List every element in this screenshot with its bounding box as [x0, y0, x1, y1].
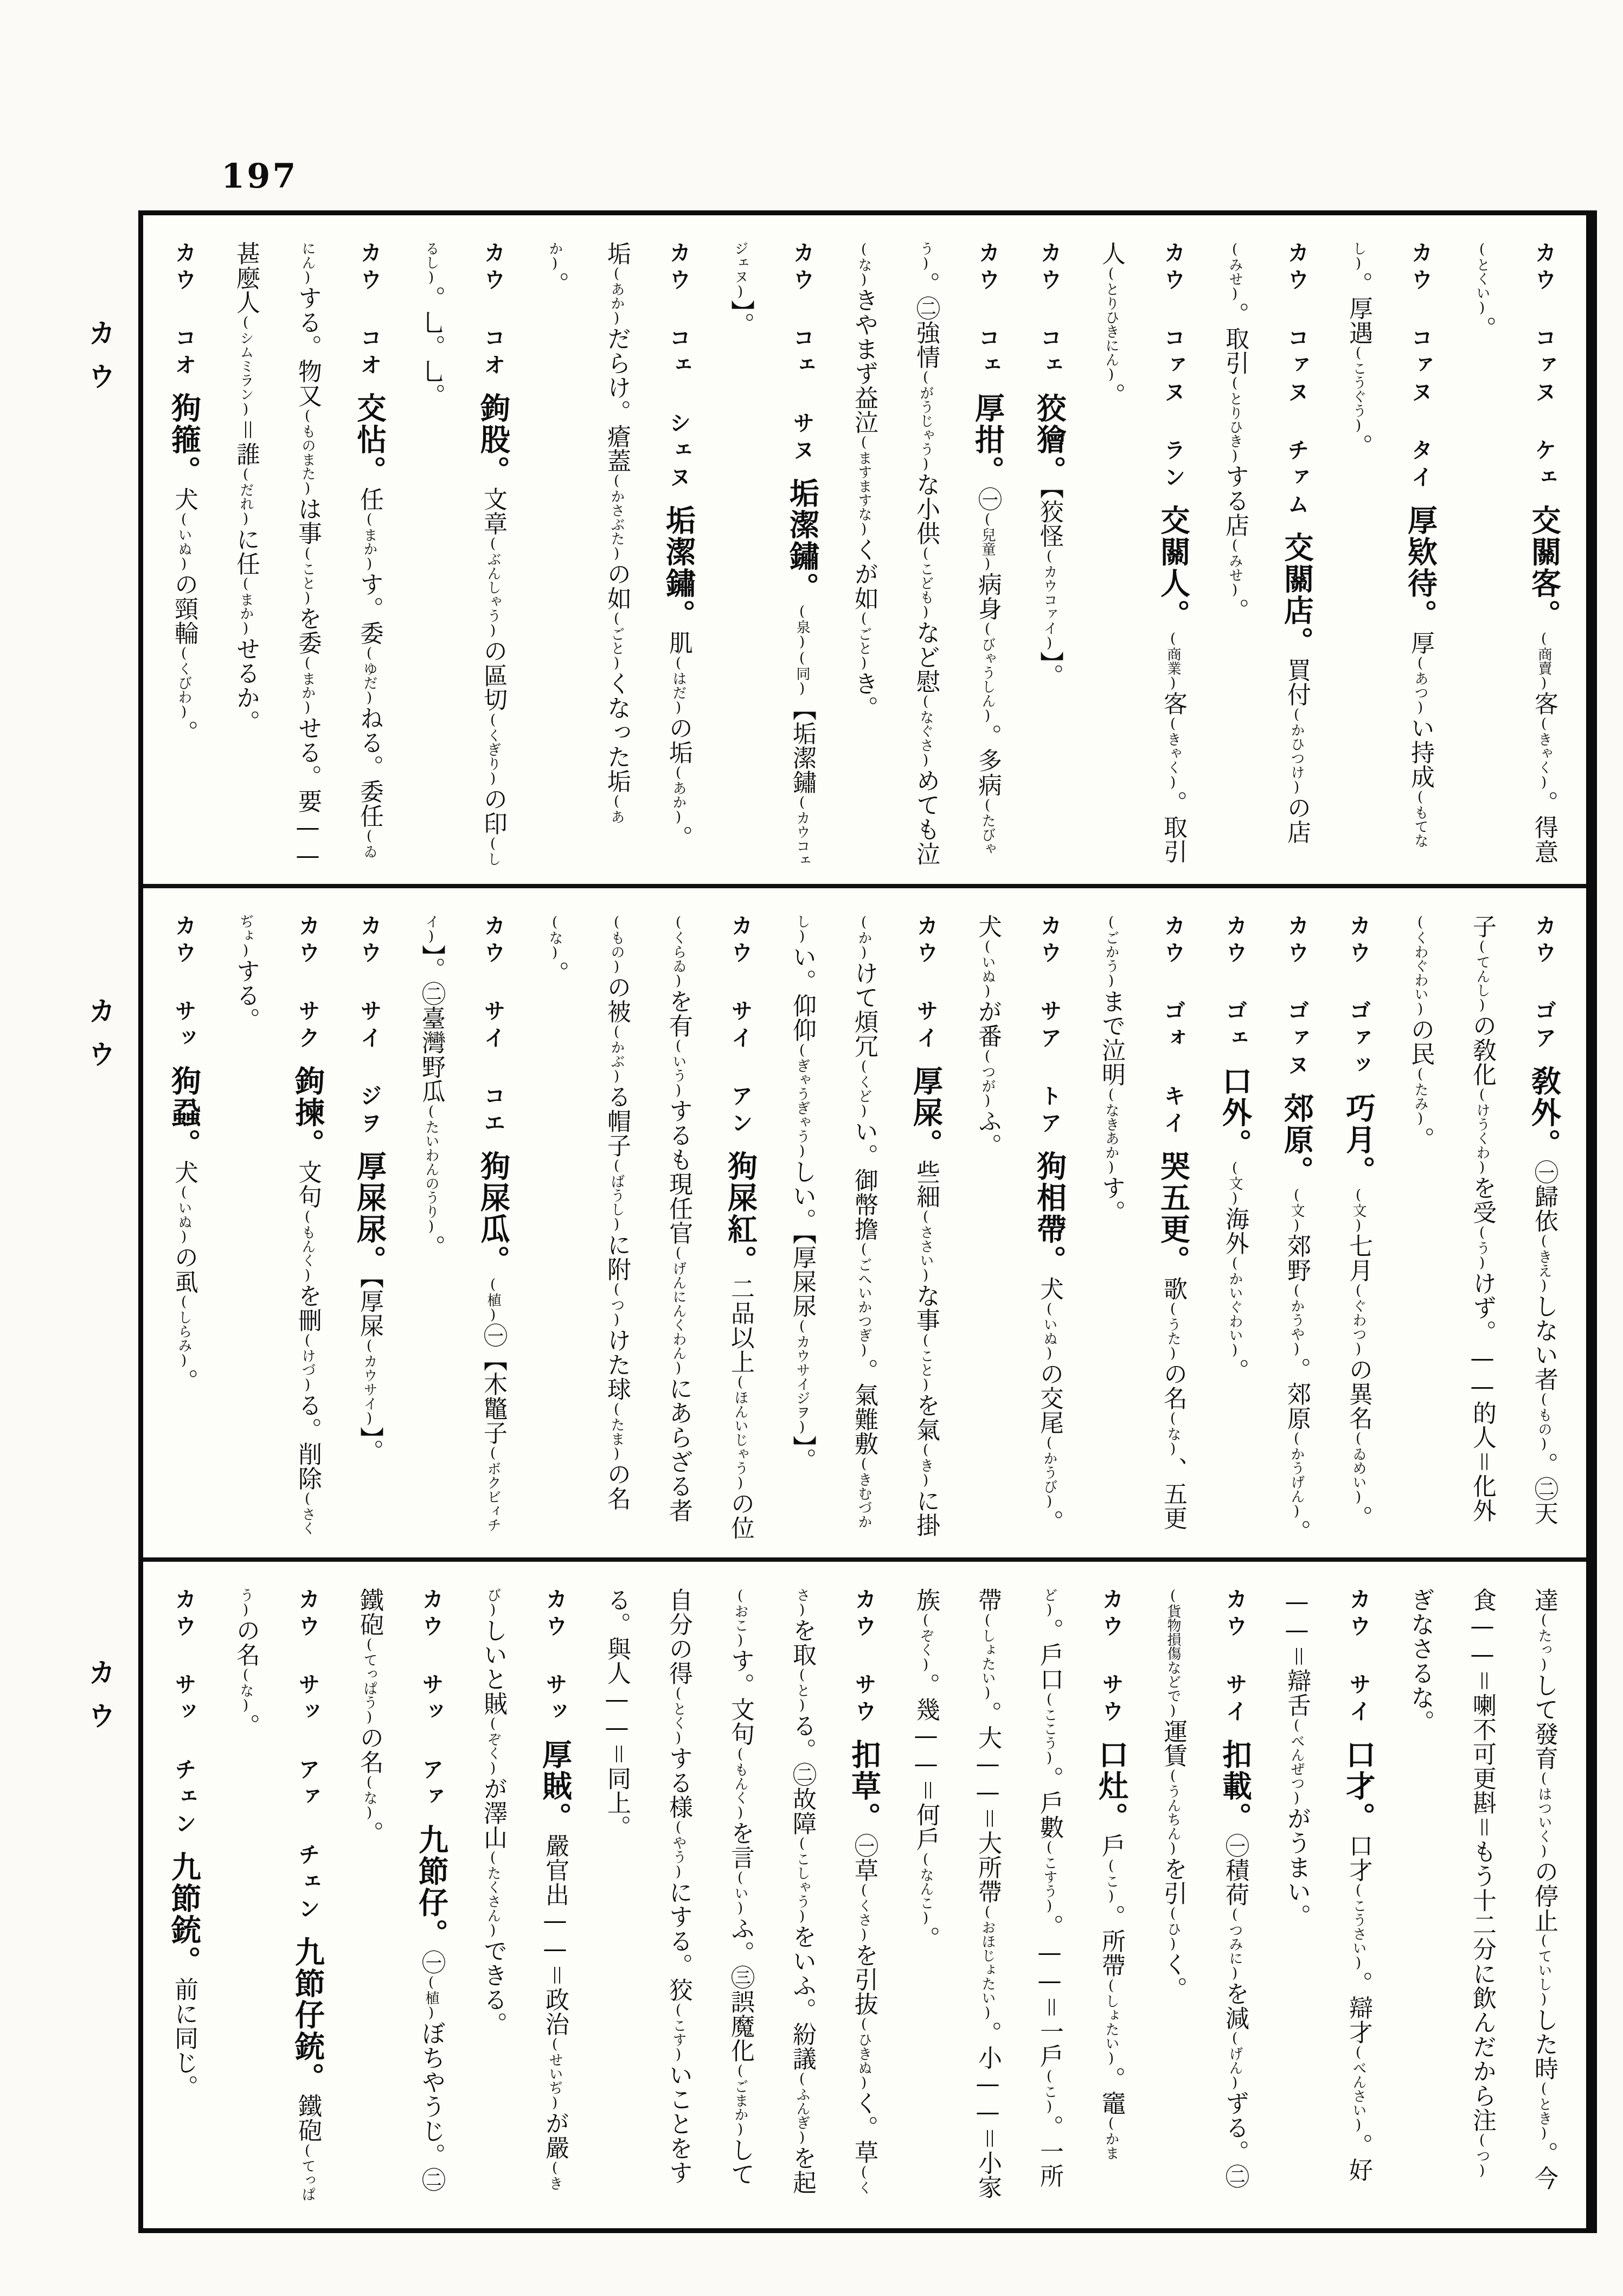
entry-reading: カウ サイ ジヲ [357, 914, 382, 1139]
entry-reading: カウ サア トア [1037, 914, 1062, 1139]
dictionary-entry: カウ コァヌ ケェ交關客。(商賣)客(きゃく)。得意(とくい)。 [1451, 241, 1575, 871]
dictionary-entry: カウ ゴア郊外。(文)郊外(かうぐわい)。——遊賞＝野遊(のあそび)。野掛(のが… [1575, 914, 1586, 1544]
entry-reading: カウ サイ アン [728, 914, 753, 1139]
dictionary-band-middle: カウ コオ哭苦。㊀夫(をっと)が死(し)んだときに大聲(おほごゑ)を立(た)てて… [143, 888, 1586, 1562]
entry-headword: 九節仔。 [414, 1824, 449, 1950]
dictionary-band-bottom: カウ サヌ アァ猴山仔。猿(さる)。お猿(さる)さん。カウ サヌ ナァ猴山仔。前… [143, 1562, 1586, 2214]
entry-headword: 狗屎紅。 [723, 1151, 758, 1277]
entry-reading: カウ サイ [1346, 1588, 1371, 1727]
entry-headword: 交怗。 [352, 393, 387, 487]
entry-headword: 交關人。 [1156, 505, 1191, 631]
dictionary-entry: カウ コァヌ交關。取引(とりひき)。賣買(ばいばい)。曾——＝取引(とりひき)し… [1575, 241, 1586, 871]
entry-headword: 厚拑。 [970, 393, 1005, 487]
entry-reading: カウ コァヌ タイ [1408, 241, 1433, 493]
entry-definition: ㊀草(くさ)を引抜(ひきぬ)く。草(くさ)を取(と)る。㊁故障(こしゃう)をいふ… [603, 1588, 878, 2195]
entry-headword: 鉤股。 [476, 393, 511, 487]
dictionary-entry: カウ サッ アァ チェン九節仔銃。鐵砲(てっぱう)の名(な)。 [215, 1588, 338, 2201]
page-border-frame: カウ コア敎官。(國)敎官(けうくわん)。カゥ コア腐汗。汗染(あせじ)む。カウ… [138, 210, 1597, 2233]
entry-reading: カウ コェ サヌ [790, 241, 815, 466]
entry-headword: 狗屎瓜。 [476, 1151, 511, 1277]
dictionary-entry: カウ サク鉤揀。文句(もんく)を刪(けづ)る。削除(さくぢょ)する。 [215, 914, 338, 1544]
dictionary-band-top: カウ コア敎官。(國)敎官(けうくわん)。カゥ コア腐汗。汗染(あせじ)む。カウ… [143, 215, 1586, 888]
page-number: 197 [221, 156, 298, 196]
dictionary-entry: カウ サッ厚賊。嚴官出——＝政治(せいぢ)が嚴(きび)しいと賊(ぞく)が澤山(た… [462, 1588, 586, 2201]
entry-reading: カウ サク [295, 914, 320, 1054]
entry-definition: ㊀滿載(まんさい)。㊁極點(きょくてん)。十二分(ぶん)。行詰(ゆきづまり)。ど… [1407, 1588, 1586, 2190]
entry-reading: カウ コァヌ ラン [1160, 241, 1186, 493]
dictionary-entry: カウ サア トア狗相帶。犬(いぬ)の交尾(かうび)。犬(いぬ)が番(つが)ふ。 [957, 914, 1080, 1544]
margin-syllable-label: カウ [80, 319, 119, 406]
entry-headword: 巧月。 [1341, 1093, 1376, 1187]
entry-reading: カウ ゴォ キイ [1160, 914, 1186, 1139]
dictionary-entry: カウ サウ扣草。㊀草(くさ)を引抜(ひきぬ)く。草(くさ)を取(と)る。㊁故障(… [586, 1588, 895, 2201]
dictionary-entry: カウ コェ サヌ垢潔鏽。(泉)(同)【垢潔鏽(カウコェジェヌ)】。 [709, 241, 833, 871]
dictionary-entry: カウ サッ アァ九節仔。㊀(植)ぼちやうじ。㊁鐵砲(てっぱう)の名(な)。 [338, 1588, 462, 2201]
entry-reading: カウ ゴァッ [1346, 914, 1371, 1081]
dictionary-entry: カウ サイ厚屎。些細(ささい)な事(こと)を氣(き)に掛(か)けて煩冗(くど)い… [771, 914, 957, 1544]
entry-headword: 狗箍。 [166, 393, 202, 487]
entry-reading: カウ サッ [542, 1588, 568, 1727]
entry-headword: 九節銃。 [166, 1851, 202, 1977]
entry-definition: (文)郊野(かうや)。郊原(かうげん)。 [1283, 1187, 1311, 1544]
entry-headword: 口才。 [1341, 1739, 1376, 1833]
dictionary-entry: カウ コァヌ チァム交關店。買付(かひつけ)の店(みせ)。取引(とりひき)する店… [1204, 241, 1327, 871]
entry-reading: カウ サウ [851, 1588, 877, 1727]
entry-headword: 鉤揀。 [290, 1066, 325, 1160]
entry-headword: 哭五更。 [1156, 1151, 1191, 1277]
entry-headword: 狗相帶。 [1032, 1151, 1067, 1277]
entry-definition: 【厚屎(カウサイ)】。 [356, 1277, 383, 1464]
entry-headword: 扣載。 [1217, 1739, 1253, 1833]
dictionary-entry: カウ サイ アン狗屎紅。二品以上(ほんいじゃう)の位(くらゐ)を有(いう)するも… [524, 914, 771, 1544]
entry-headword: 垢潔鏽。 [785, 478, 820, 604]
entry-definition: 犬(いぬ)の頸輪(くびわ)。 [170, 487, 198, 745]
entry-reading: カウ サッ [171, 914, 197, 1054]
entry-definition: (文)七月(ぐわつ)の異名(ゐめい)。 [1345, 1187, 1372, 1530]
entry-headword: 狗蝨。 [166, 1066, 202, 1160]
entry-reading: カウ コァヌ ケェ [1531, 241, 1557, 493]
dictionary-entry: カウ サッ チェン九節銃。前に同じ。 [153, 1588, 215, 2201]
entry-reading: カウ コオ [480, 241, 506, 381]
entry-reading: カウ コオ [357, 241, 382, 381]
entry-definition: 戶(こ)。所帶(しょたい)。竈(かまど)。戶口(ここう)。戶數(こすう)。——＝… [912, 1588, 1125, 2199]
dictionary-entry: カウ サイ到載。㊀滿載(まんさい)。㊁極點(きょくてん)。十二分(ぶん)。行詰(… [1389, 1588, 1586, 2201]
margin-syllable-label: カウ [80, 1658, 119, 1745]
entry-definition: 前に同じ。 [170, 1977, 198, 2099]
scanned-dictionary-page: { "page": { "number": "197", "margin_lab… [0, 0, 1623, 2296]
entry-headword: 厚賊。 [537, 1739, 573, 1833]
entries-bottom: カウ サヌ アァ猴山仔。猿(さる)。お猿(さる)さん。カウ サヌ ナァ猴山仔。前… [143, 1562, 1586, 2214]
entries-top: カウ コア敎官。(國)敎官(けうくわん)。カゥ コア腐汗。汗染(あせじ)む。カウ… [143, 215, 1586, 884]
dictionary-entry: カウ コェ厚拑。㊀(兒童)病身(びゃうしん)。多病(たびゃう)。㊁強情(がうじゃ… [833, 241, 1018, 871]
entry-headword: 交關客。 [1526, 505, 1562, 631]
margin-syllable-label: カウ [80, 997, 119, 1083]
entry-reading: カウ コェ シェヌ [666, 241, 691, 493]
entry-headword: 厚屎尿。 [352, 1151, 387, 1277]
entry-definition: (文)海外(かいぐわい)。 [1221, 1160, 1249, 1383]
entry-reading: カウ コェ [975, 241, 1000, 381]
entry-headword: 厚欵待。 [1403, 505, 1438, 631]
entry-reading: カウ ゴェ [1222, 914, 1248, 1054]
dictionary-entry: カウ コオ狗箍。犬(いぬ)の頸輪(くびわ)。 [153, 241, 215, 871]
entry-reading: カウ コオ [171, 241, 197, 381]
entry-reading: カウ サウ [1099, 1588, 1124, 1727]
entry-headword: 敎外。 [1526, 1066, 1562, 1160]
dictionary-entry: カウ ゴァッ巧月。(文)七月(ぐわつ)の異名(ゐめい)。 [1327, 914, 1389, 1544]
dictionary-entry: カウ ゴェ口外。(文)海外(かいぐわい)。 [1204, 914, 1266, 1544]
dictionary-entry: カウ ゴォ キイ哭五更。歌(うた)の名(な)、五更(ごかう)まで泣明(なきあか)… [1080, 914, 1204, 1544]
entry-definition: 【狡怪(カウコァイ)】。 [1036, 487, 1063, 688]
entry-reading: カウ サイ コエ [480, 914, 506, 1139]
dictionary-entry: カウ サイ口才。口才(こうさい)。辯才(べんさい)。好——＝辯舌(べんぜつ)がう… [1266, 1588, 1389, 2201]
entry-headword: 交關店。 [1279, 532, 1314, 658]
dictionary-entry: カウ コェ シェヌ垢潔鏽。肌(はだ)の垢(あか)。垢(あか)だらけ。瘡蓋(かさぶ… [524, 241, 709, 871]
dictionary-entry: カウ ゴァヌ郊原。(文)郊野(かうや)。郊原(かうげん)。 [1266, 914, 1327, 1544]
entry-headword: 狡獪。 [1032, 393, 1067, 487]
entry-headword: 厚屎。 [908, 1066, 944, 1160]
entry-reading: カウ サイ [913, 914, 939, 1054]
dictionary-entry: カウ コァヌ タイ厚欵待。厚(あつ)い持成(もてなし)。厚遇(こうぐう)。 [1327, 241, 1451, 871]
entry-reading: カウ サイ [1222, 1588, 1248, 1727]
entry-headword: 口灶。 [1094, 1739, 1129, 1833]
entry-headword: 九節仔銃。 [290, 1936, 325, 2094]
dictionary-entry: カウ コオ交怗。任(まか)す。委(ゆだ)ねる。委任(ゐにん)する。物又(ものまた… [215, 241, 400, 871]
dictionary-entry: カウ サウ口灶。戶(こ)。所帶(しょたい)。竈(かまど)。戶口(ここう)。戶數(… [895, 1588, 1142, 2201]
entry-reading: カウ ゴア [1531, 914, 1557, 1054]
entry-reading: カウ サッ アァ [419, 1588, 444, 1812]
entry-reading: カウ コェ [1037, 241, 1062, 381]
dictionary-entry: カウ サイ コエ狗屎瓜。(植)㊀【木鼈子(ボクビィチイ)】。㊁臺灣野瓜(たいわん… [400, 914, 524, 1544]
entry-definition: 犬(いぬ)の虱(しらみ)。 [170, 1160, 198, 1393]
entries-middle: カウ コオ哭苦。㊀夫(をっと)が死(し)んだときに大聲(おほごゑ)を立(た)てて… [143, 888, 1586, 1557]
entry-reading: カウ コァヌ チァム [1284, 241, 1310, 520]
entry-reading: カウ サッ アァ チェン [295, 1588, 320, 1925]
dictionary-entry: カウ サイ ジヲ厚屎尿。【厚屎(カウサイ)】。 [338, 914, 400, 1544]
dictionary-entry: カウ コァヌ ラン交關人。(商業)客(きゃく)。取引人(とりひきにん)。 [1080, 241, 1204, 871]
dictionary-entry: カウ サイ扣載。㊀積荷(つみに)を減(げん)ずる。㊁(貨物損傷などで)運賃(うん… [1142, 1588, 1266, 2201]
entry-headword: 扣草。 [846, 1739, 882, 1833]
entry-headword: 垢潔鏽。 [661, 505, 696, 631]
entry-reading: カウ ゴァヌ [1284, 914, 1310, 1081]
dictionary-entry: カウ サッ狗蝨。犬(いぬ)の虱(しらみ)。 [153, 914, 215, 1544]
dictionary-entry: カウ ゴア敎外。㊀歸依(きえ)しない者(もの)。㊁天子(てんし)の敎化(けうくわ… [1389, 914, 1575, 1544]
entry-reading: カウ サッ チェン [171, 1588, 197, 1839]
entry-headword: 口外。 [1217, 1066, 1253, 1160]
dictionary-entry: カウ コオ鉤股。文章(ぶんしゃう)の區切(くぎり)の印(しるし)。乚。乚。 [400, 241, 524, 871]
entry-headword: 郊原。 [1279, 1093, 1314, 1187]
dictionary-entry: カウ コェ狡獪。【狡怪(カウコァイ)】。 [1018, 241, 1080, 871]
